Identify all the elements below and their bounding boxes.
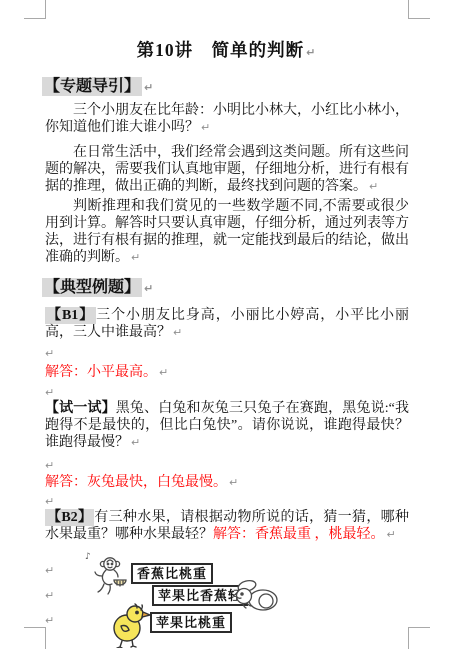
intro-paragraph-2-text: 在日常生活中，我们经常会遇到这类问题。所有这些问题的解决，需要我们认真地审题，仔… — [45, 145, 409, 194]
empty-paragraph-mark: ↵ — [45, 495, 54, 509]
monkey-speech-box: 香蕉比桃重 — [131, 563, 213, 584]
page-title: 第10讲 简单的判断↵ — [45, 38, 408, 65]
paragraph-mark: ↵ — [142, 81, 153, 94]
paragraph-mark: ↵ — [142, 282, 153, 295]
empty-paragraph-mark: ↵ — [45, 459, 54, 473]
example-b1-answer: 解答：小平最高。↵ — [45, 364, 409, 381]
example-b1-question-text: 三个小朋友比身高，小丽比小婷高，小平比小丽高，三人中谁最高？ — [45, 308, 409, 340]
empty-paragraph-mark: ↵ — [45, 347, 54, 361]
intro-paragraph-3-text: 判断推理和我们赏见的一些数学题不同,不需要或很少用到计算。解答时只要认真审题，仔… — [45, 199, 409, 265]
page-title-text: 第10讲 简单的判断 — [137, 40, 305, 60]
empty-paragraph-mark: ↵ — [45, 614, 54, 628]
section-heading-intro-text: 【专题导引】 — [42, 77, 142, 96]
document-page: 第10讲 简单的判断↵ 【专题导引】↵ 三个小朋友在比年龄：小明比小林大，小红比… — [0, 0, 460, 660]
intro-paragraph-2: 在日常生活中，我们经常会遇到这类问题。所有这些问题的解决，需要我们认真地审题，仔… — [45, 144, 409, 195]
paragraph-mark: ↵ — [129, 251, 140, 264]
tryit-question: 【试一试】黑兔、白兔和灰兔三只兔子在赛跑，黑兔说:“我跑得不是最快的，但比白兔快… — [45, 400, 409, 451]
intro-paragraph-3: 判断推理和我们赏见的一些数学题不同,不需要或很少用到计算。解答时只要认真审题，仔… — [45, 198, 409, 266]
paragraph-mark: ↵ — [171, 326, 182, 339]
example-b1-answer-text: 解答：小平最高。 — [45, 365, 157, 380]
example-b1-question: 【B1】三个小朋友比身高，小丽比小婷高，小平比小丽高，三人中谁最高？↵ — [45, 307, 409, 341]
paragraph-mark: ↵ — [129, 436, 140, 449]
example-b1-tag: 【B1】 — [45, 307, 96, 324]
chick-speech-box: 苹果比桃重 — [150, 612, 232, 633]
paragraph-mark: ↵ — [227, 476, 238, 489]
tryit-tag: 【试一试】 — [45, 401, 116, 416]
margin-corner-mark-top-right — [408, 0, 430, 19]
intro-paragraph-1: 三个小朋友在比年龄：小明比小林大，小红比小林小，你知道他们谁大谁小吗？↵ — [45, 102, 409, 136]
tryit-answer-text: 解答：灰兔最快，白兔最慢。 — [45, 475, 227, 490]
section-heading-examples: 【典型例题】↵ — [42, 277, 153, 300]
paragraph-mark: ↵ — [367, 180, 378, 193]
intro-paragraph-1-text: 三个小朋友在比年龄：小明比小林大，小红比小林小，你知道他们谁大谁小吗？ — [45, 103, 409, 135]
empty-paragraph-mark: ↵ — [45, 564, 54, 578]
section-heading-examples-text: 【典型例题】 — [42, 278, 142, 297]
paragraph-mark: ↵ — [199, 121, 210, 134]
empty-paragraph-mark: ↵ — [45, 386, 54, 400]
empty-paragraph-mark: ↵ — [45, 589, 54, 603]
chick-icon — [108, 602, 150, 648]
section-heading-intro: 【专题导引】↵ — [42, 76, 153, 99]
margin-corner-mark-bottom-left — [24, 627, 46, 649]
paragraph-mark: ↵ — [157, 366, 168, 379]
fruit-riddle-illustration: ↵ ↵ ↵ ♪ 香蕉比桃重 苹果比香蕉轻 — [45, 552, 408, 652]
example-b2-question: 【B2】有三种水果，请根据动物所说的话，猜一猜，哪种水果最重？哪种水果最轻？解答… — [45, 509, 409, 543]
margin-corner-mark-top-left — [24, 0, 46, 19]
monkey-icon — [90, 554, 130, 596]
tryit-answer: 解答：灰兔最快，白兔最慢。↵ — [45, 474, 409, 491]
paragraph-mark: ↵ — [304, 46, 316, 59]
margin-corner-mark-bottom-right — [408, 627, 430, 649]
example-b2-answer-text: 解答：香蕉最重 ，桃最轻。 — [213, 527, 385, 542]
paragraph-mark: ↵ — [385, 528, 396, 541]
example-b2-tag: 【B2】 — [45, 509, 94, 526]
rabbit-icon — [233, 578, 279, 612]
